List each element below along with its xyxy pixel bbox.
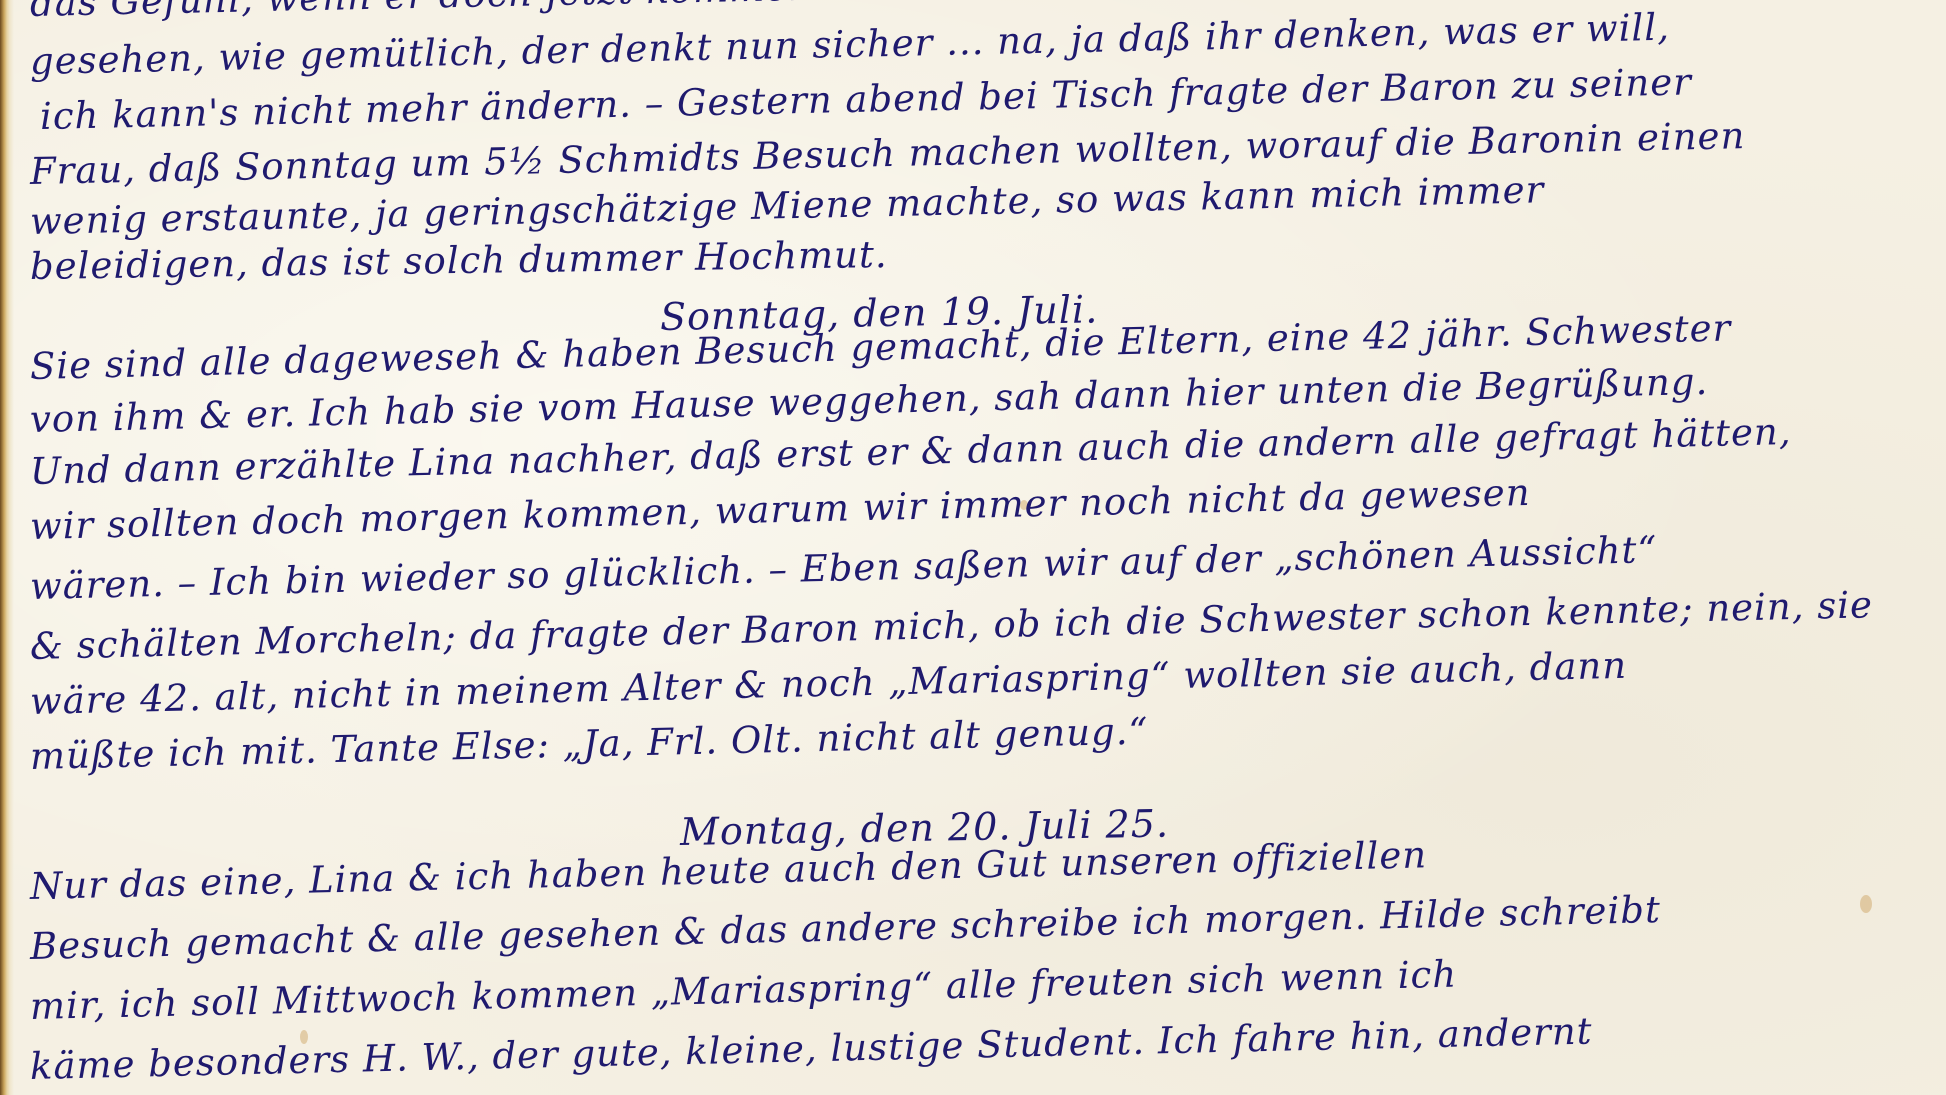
- diary-line: das Gefühl, wenn er doch jetzt kommen wü…: [30, 0, 1001, 25]
- diary-page: das Gefühl, wenn er doch jetzt kommen wü…: [0, 0, 1946, 1095]
- foxing-stain: [1860, 895, 1872, 913]
- diary-line: beleidigen, das ist solch dummer Hochmut…: [30, 233, 888, 288]
- diary-line: müßte ich mit. Tante Else: „Ja, Frl. Olt…: [30, 710, 1149, 778]
- page-binding-edge: [0, 0, 14, 1095]
